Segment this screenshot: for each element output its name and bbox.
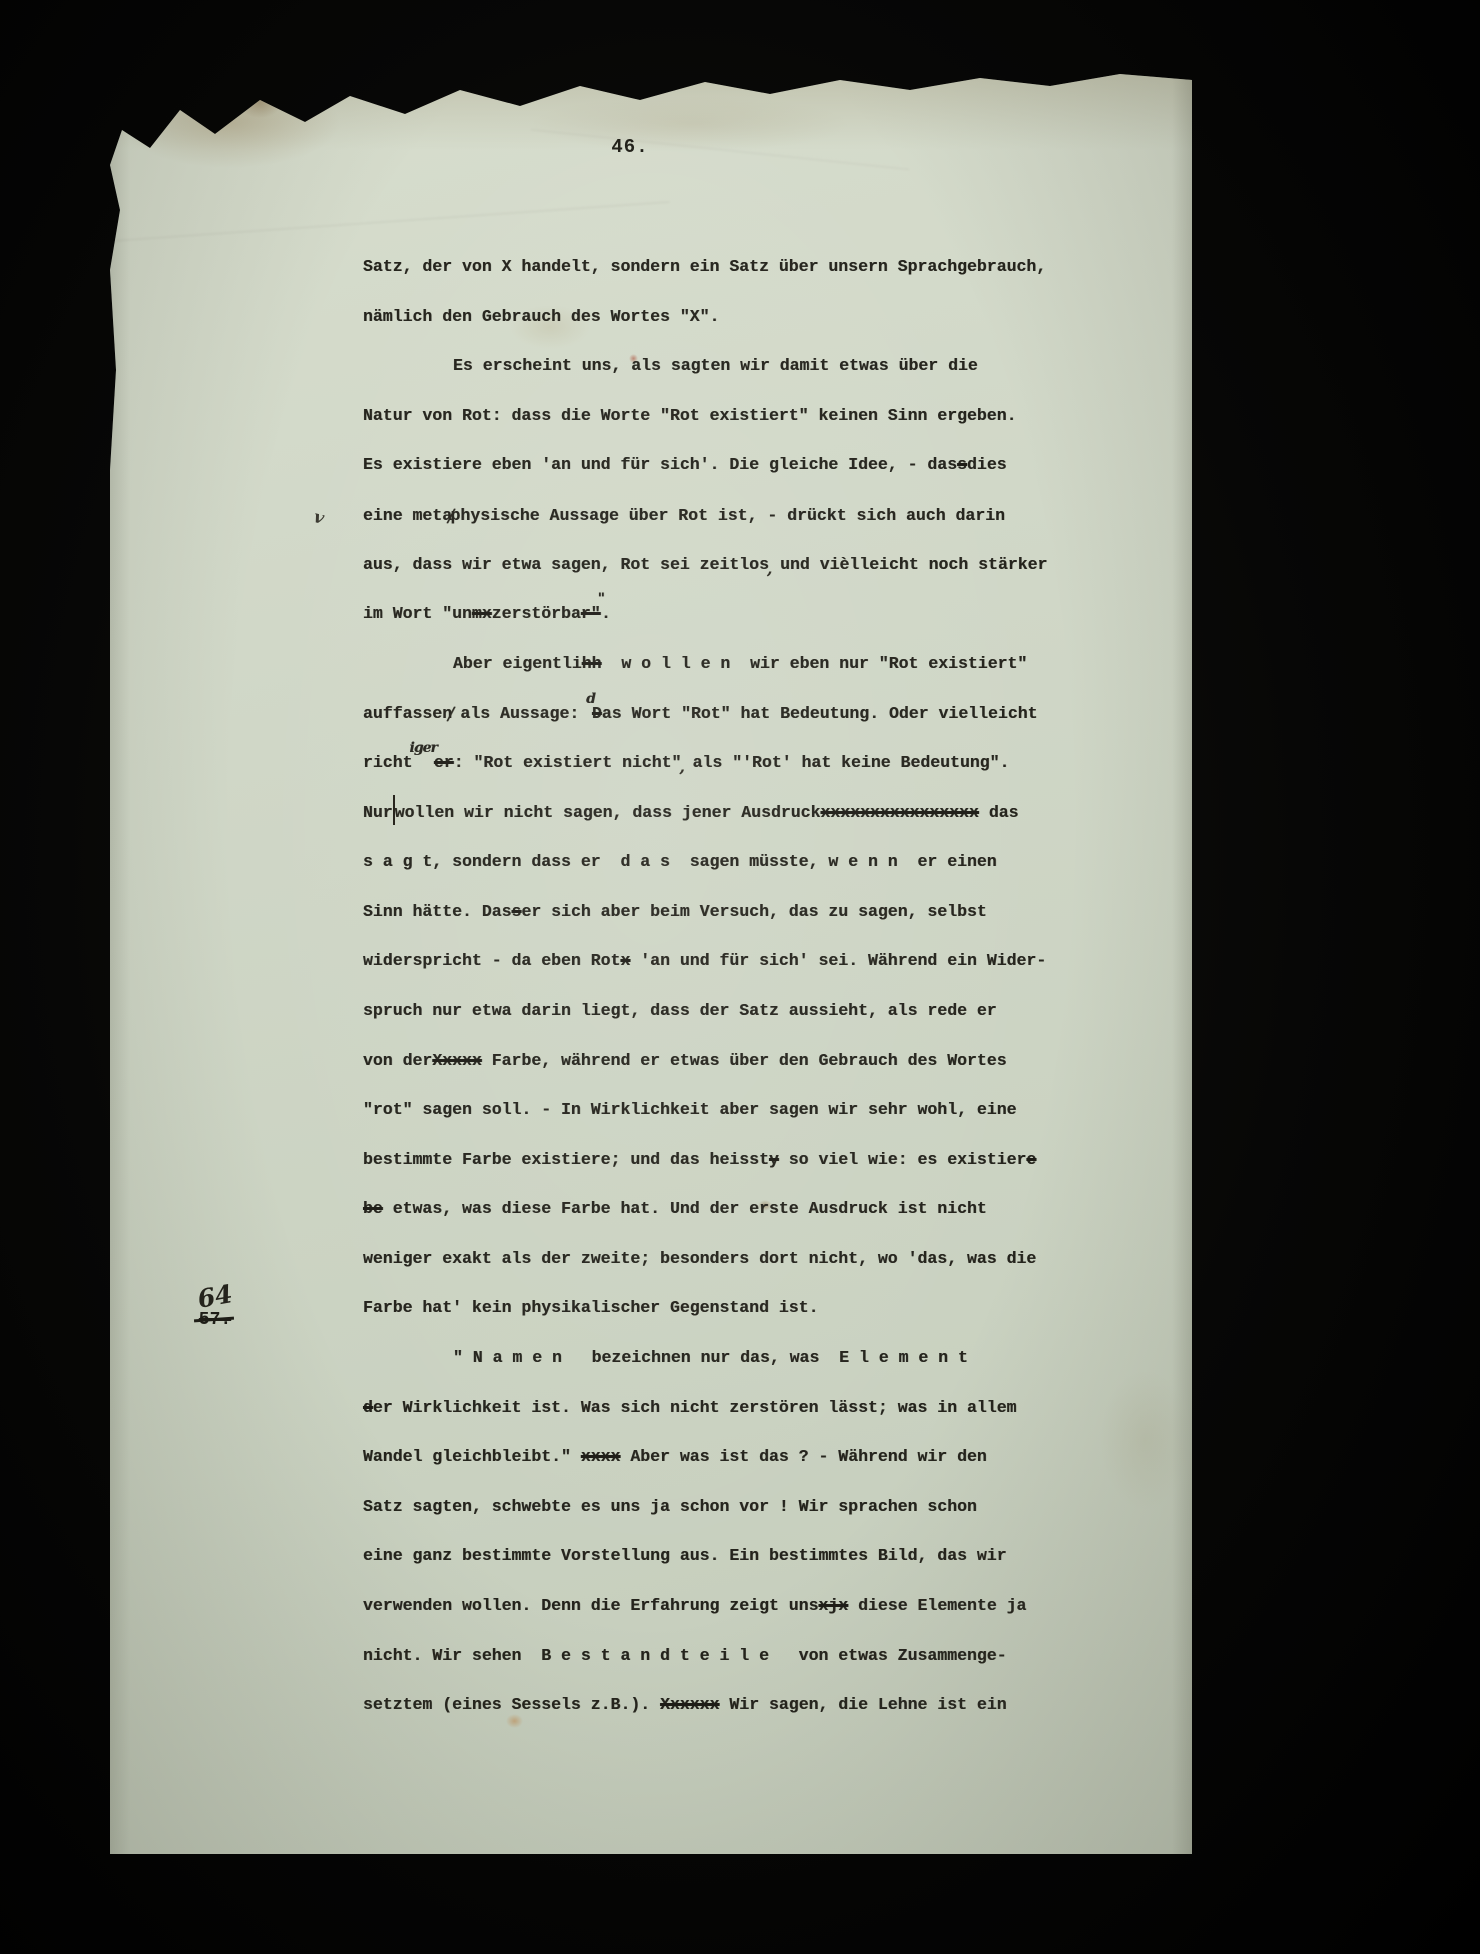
struck-text: be (363, 1199, 383, 1218)
typed-text: Wandel gleichbleibt." (363, 1447, 581, 1466)
text-line: spruch nur etwa darin liegt, dass der Sa… (363, 986, 1193, 1036)
struck-text: Xxxxx (432, 1051, 482, 1070)
typed-text: bestimmte Farbe existiere; und das heiss… (363, 1150, 769, 1169)
typed-text: Satz sagten, schwebte es uns ja schon vo… (363, 1497, 977, 1516)
handwritten-insertion: d (586, 675, 595, 725)
typed-text: w o l l e n wir eben nur "Rot existiert" (602, 654, 1028, 673)
typed-text: und vièlleicht noch stärker (770, 555, 1047, 574)
text-line: weniger exakt als der zweite; besonders … (363, 1234, 1193, 1284)
page-number: 46. (580, 136, 680, 158)
paper-stain (120, 78, 340, 168)
text-line: Es existiere eben 'an und für sich'. Die… (363, 440, 1193, 490)
handwritten-comma: , (679, 743, 684, 793)
typed-text: weniger exakt als der zweite; besonders … (363, 1249, 1036, 1268)
margin-checkmark: v (312, 507, 326, 529)
typed-text: 'an und für sich' sei. Während ein Wider… (630, 951, 1046, 970)
margin-renumber: 64 57. (170, 1282, 260, 1330)
text-line: im Wort "unmxzerstörbar"". (363, 589, 1193, 639)
text-line: eine meta/physische Aussage über Rot ist… (363, 490, 1193, 540)
typed-text: er sich aber beim Versuch, das zu sagen,… (521, 902, 986, 921)
typed-text: Farbe hat' kein physikalischer Gegenstan… (363, 1298, 818, 1317)
typed-text: widerspricht - da eben Rot (363, 951, 620, 970)
typed-text: wollen wir nicht sagen, dass jener Ausdr… (395, 803, 821, 822)
paper-crease (111, 200, 670, 241)
struck-text: x (620, 951, 630, 970)
typed-text: als Aussage: (451, 704, 590, 723)
struck-text: hh (582, 654, 602, 673)
typed-text: er Wirklichkeit ist. Was sich nicht zers… (373, 1398, 1017, 1417)
typed-text: das (979, 803, 1019, 822)
text-line: Wandel gleichbleibt." xxxx Aber was ist … (363, 1432, 1193, 1482)
text-line: Aber eigentlihh w o l l e n wir eben nur… (363, 639, 1193, 689)
text-line: der Wirklichkeit ist. Was sich nicht zer… (363, 1383, 1193, 1433)
typed-text: Sinn hätte. Das (363, 902, 512, 921)
typed-text: aus, dass wir etwa sagen, Rot sei zeitlo… (363, 555, 769, 574)
text-line: Nurwollen wir nicht sagen, dass jener Au… (363, 788, 1193, 838)
typed-text: Natur von Rot: dass die Worte "Rot exist… (363, 406, 1017, 425)
struck-text: e (1026, 1150, 1036, 1169)
typed-text: setztem (eines Sessels z.B.). (363, 1695, 660, 1714)
typed-text: as Wort "Rot" hat Bedeutung. Oder vielle… (602, 704, 1038, 723)
typed-text: spruch nur etwa darin liegt, dass der Sa… (363, 1001, 997, 1020)
struck-text: xxxxxxxxxxxxxxxx (821, 803, 979, 822)
typed-text: diese Elemente ja (848, 1596, 1026, 1615)
typed-text: von der (363, 1051, 432, 1070)
typed-text: " N a m e n bezeichnen nur das, was E l … (453, 1348, 968, 1367)
typed-text: nämlich den Gebrauch des Wortes "X". (363, 307, 719, 326)
text-line: auffassen/ als Aussage: dDas Wort "Rot" … (363, 688, 1193, 738)
handwritten-comma: , (767, 545, 772, 595)
text-line: eine ganz bestimmte Vorstellung aus. Ein… (363, 1531, 1193, 1581)
handwritten-insertion: iger (410, 724, 437, 774)
text-line: " N a m e n bezeichnen nur das, was E l … (363, 1333, 1193, 1383)
typed-text: so viel wie: es existier (779, 1150, 1027, 1169)
typed-text: eine ganz bestimmte Vorstellung aus. Ein… (363, 1546, 1007, 1565)
typed-text: etwas, was diese Farbe hat. Und der erst… (383, 1199, 987, 1218)
struck-text: xxxx (581, 1447, 621, 1466)
text-line: widerspricht - da eben Rotx 'an und für … (363, 936, 1193, 986)
typescript-text: Satz, der von X handelt, sondern ein Sat… (363, 242, 1193, 1730)
typed-text: : "Rot existiert nicht" (454, 753, 682, 772)
text-line: "rot" sagen soll. - In Wirklichkeit aber… (363, 1085, 1193, 1135)
text-line: nämlich den Gebrauch des Wortes "X". (363, 292, 1193, 342)
typed-text: im Wort "un (363, 604, 472, 623)
typed-text: Aber was ist das ? - Während wir den (620, 1447, 986, 1466)
typed-text: Satz, der von X handelt, sondern ein Sat… (363, 257, 1046, 276)
text-line: Satz, der von X handelt, sondern ein Sat… (363, 242, 1193, 292)
struck-text: s (957, 455, 967, 474)
typescript-page: 46. v 64 57. Satz, der von X handelt, so… (110, 70, 1192, 1854)
text-line: s a g t, sondern dass er d a s sagen müs… (363, 837, 1193, 887)
struck-text: Xxxxxx (660, 1695, 719, 1714)
text-line: Satz sagten, schwebte es uns ja schon vo… (363, 1482, 1193, 1532)
handwritten-insertion: " (598, 575, 604, 625)
paper-stain (530, 96, 850, 152)
typed-text: Nur (363, 803, 393, 822)
text-line: verwenden wollen. Denn die Erfahrung zei… (363, 1581, 1193, 1631)
text-line: richtigerer: "Rot existiert nicht", als … (363, 738, 1193, 788)
typed-text: Aber eigentli (453, 654, 582, 673)
typed-text: zerstörba (492, 604, 581, 623)
text-line: Farbe hat' kein physikalischer Gegenstan… (363, 1283, 1193, 1333)
struck-text: d (363, 1398, 373, 1417)
typed-text: nicht. Wir sehen B e s t a n d t e i l e… (363, 1646, 1007, 1665)
struck-text: mx (472, 604, 492, 623)
typed-text: als "'Rot' hat keine Bedeutung". (683, 753, 1010, 772)
typed-text: "rot" sagen soll. - In Wirklichkeit aber… (363, 1100, 1017, 1119)
paper-stain (238, 86, 282, 118)
typed-text: Farbe, während er etwas über den Gebrauc… (482, 1051, 1007, 1070)
typed-text: auffassen (363, 704, 452, 723)
text-line: aus, dass wir etwa sagen, Rot sei zeitlo… (363, 540, 1193, 590)
struck-section-number: 57. (199, 1310, 231, 1330)
typed-text: eine meta (363, 506, 452, 525)
text-line: nicht. Wir sehen B e s t a n d t e i l e… (363, 1631, 1193, 1681)
text-line: Natur von Rot: dass die Worte "Rot exist… (363, 391, 1193, 441)
text-line: setztem (eines Sessels z.B.). Xxxxxx Wir… (363, 1680, 1193, 1730)
text-line: von derXxxxx Farbe, während er etwas übe… (363, 1036, 1193, 1086)
struck-text: xjx (818, 1596, 848, 1615)
text-line: be etwas, was diese Farbe hat. Und der e… (363, 1184, 1193, 1234)
typed-text: physische Aussage über Rot ist, - drückt… (451, 506, 1006, 525)
paper-stain (925, 1870, 1025, 1934)
struck-text: y (769, 1150, 779, 1169)
typed-text: Es existiere eben 'an und für sich'. Die… (363, 455, 957, 474)
text-line: Es erscheint uns, als sagten wir damit e… (363, 341, 1193, 391)
typed-text: dies (967, 455, 1007, 474)
typed-text: Es erscheint uns, als sagten wir damit e… (453, 356, 978, 375)
text-line: Sinn hätte. Dasser sich aber beim Versuc… (363, 887, 1193, 937)
typed-text: richt (363, 753, 413, 772)
typed-text: Wir sagen, die Lehne ist ein (719, 1695, 1006, 1714)
typed-text: verwenden wollen. Denn die Erfahrung zei… (363, 1596, 818, 1615)
struck-text: s (512, 902, 522, 921)
typed-text: s a g t, sondern dass er d a s sagen müs… (363, 852, 997, 871)
text-line: bestimmte Farbe existiere; und das heiss… (363, 1135, 1193, 1185)
